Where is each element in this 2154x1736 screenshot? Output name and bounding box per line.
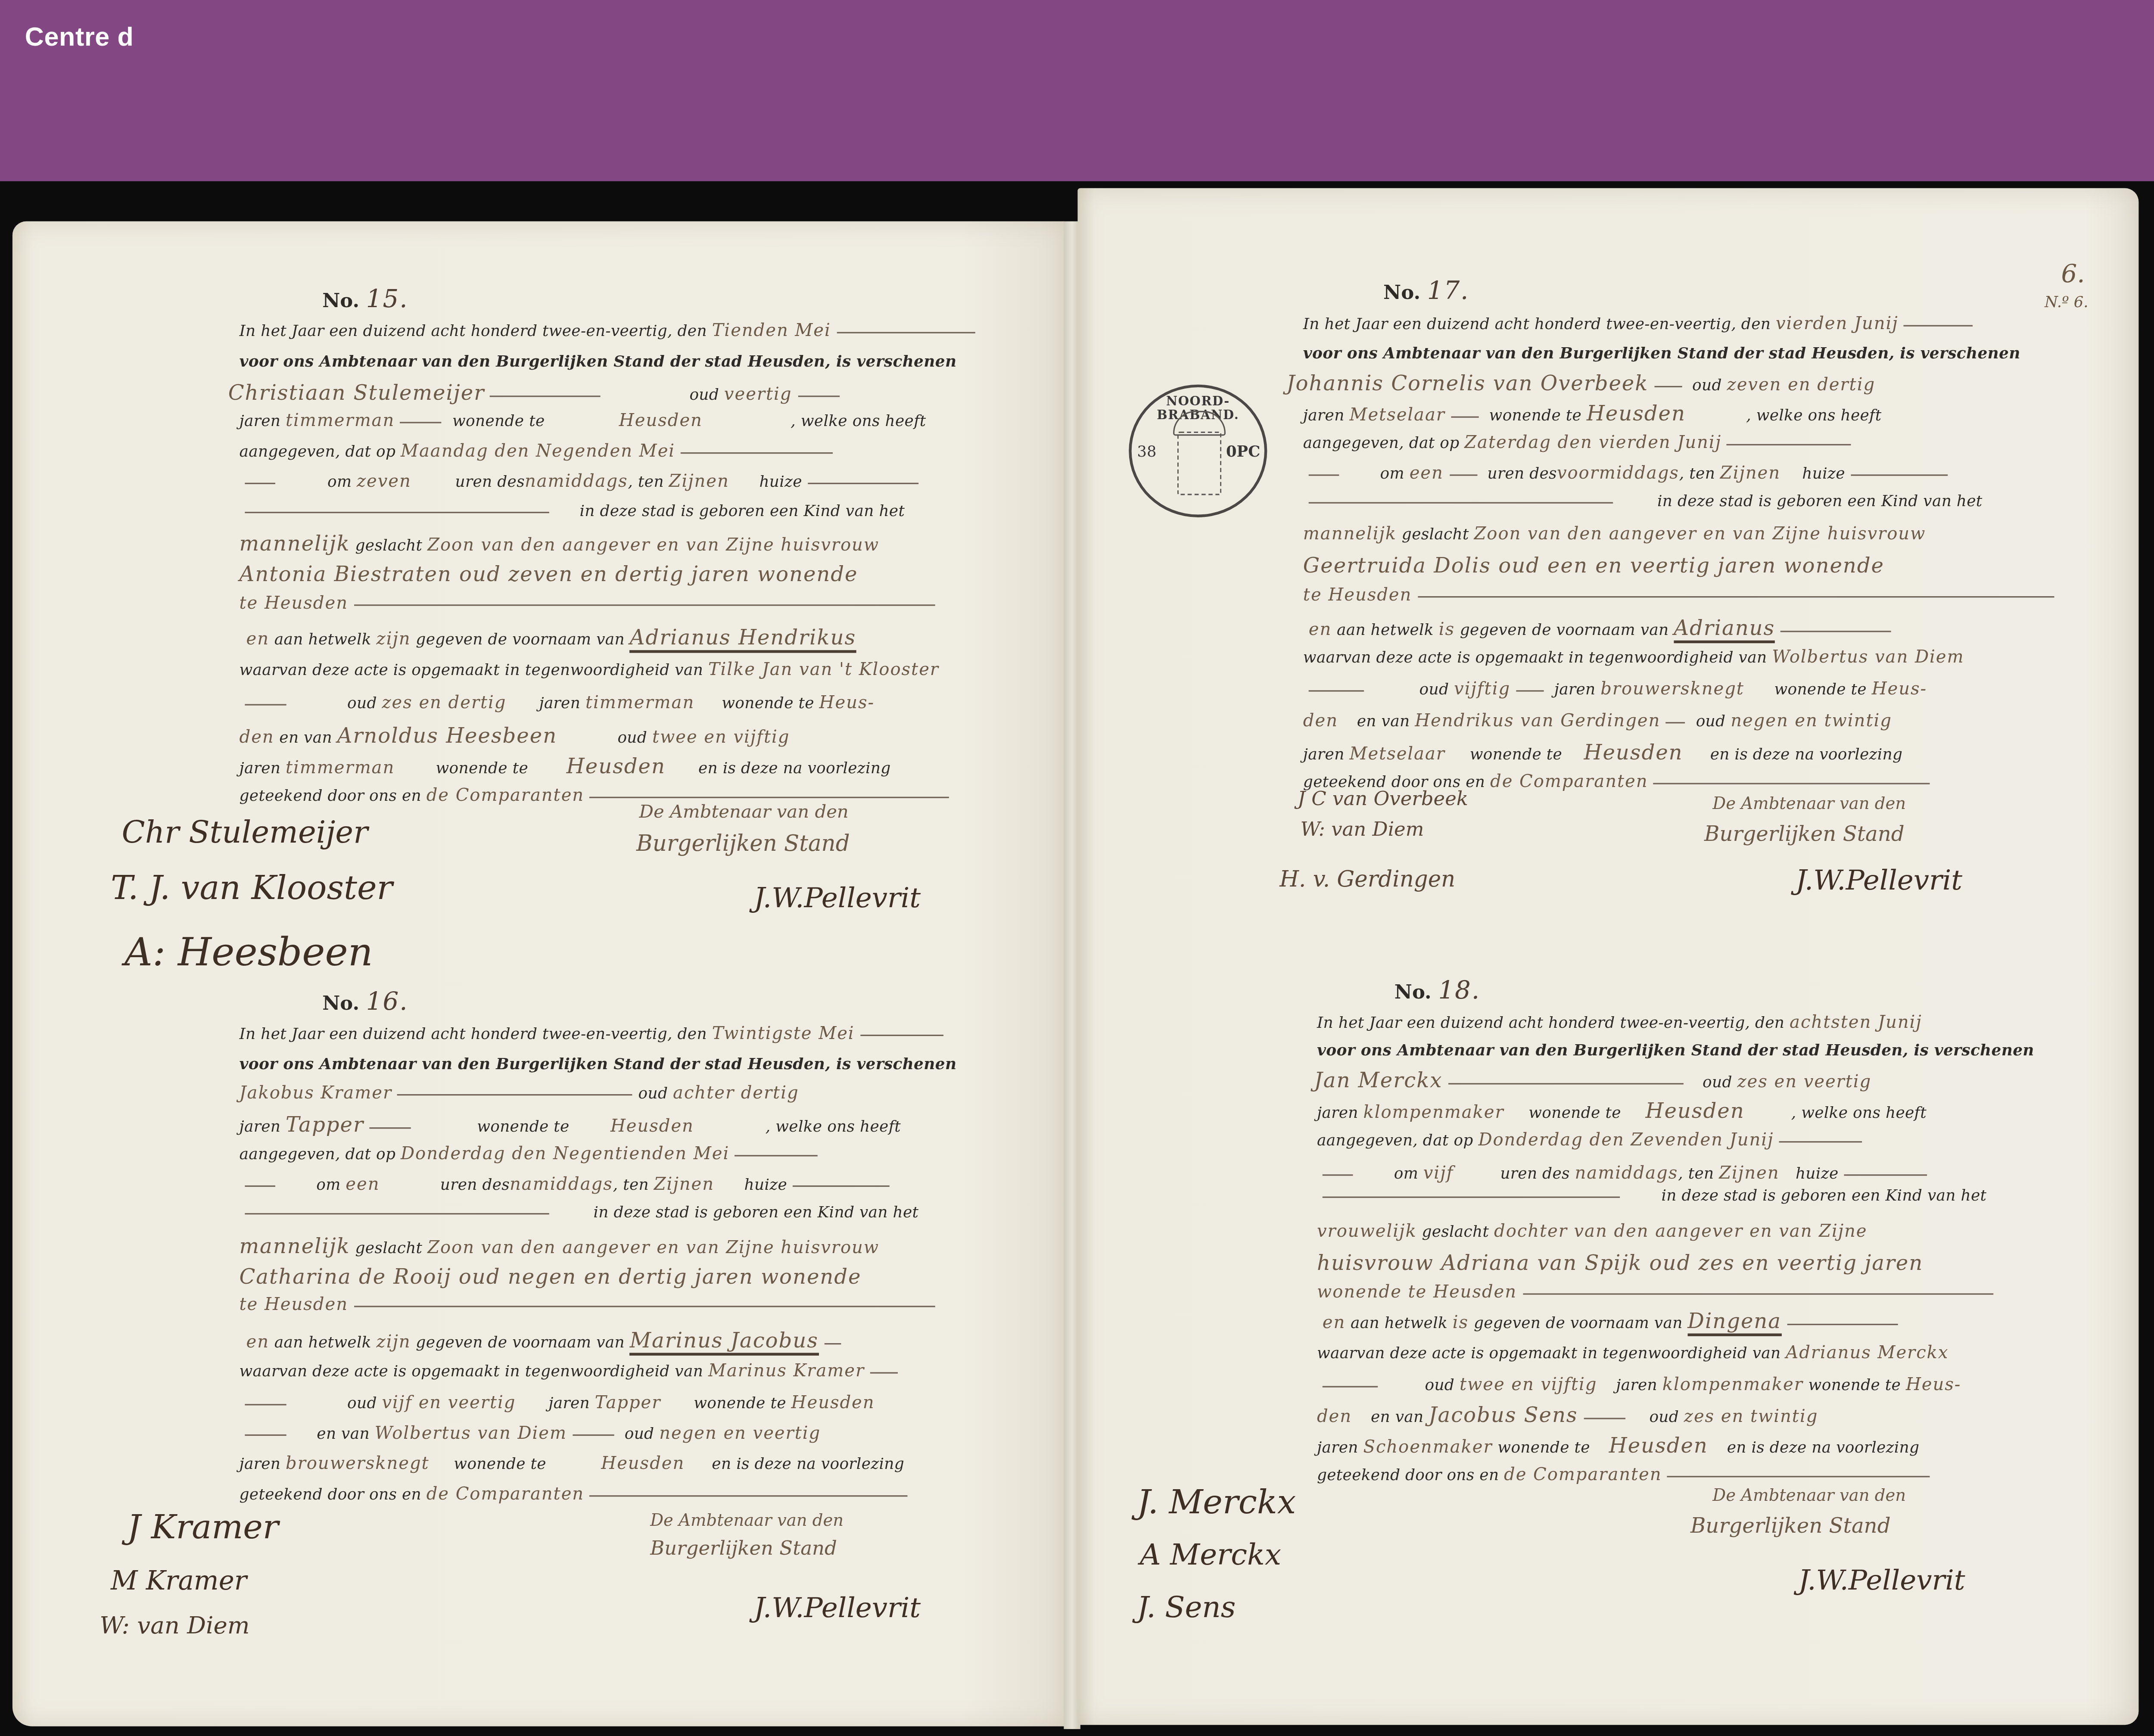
printed-text: oud: [1692, 376, 1722, 394]
handwritten-entry: Heusden: [567, 754, 666, 779]
blank-rule: [1666, 721, 1685, 723]
handwritten-entry: Antonia Biestraten oud zeven en dertig j…: [240, 562, 858, 587]
handwritten-entry: Heusden: [1584, 740, 1683, 765]
printed-text: jaren: [240, 1118, 281, 1136]
printed-text: jaren: [539, 694, 580, 712]
printed-text: om: [1380, 465, 1404, 483]
register-line: den en van Hendrikus van Gerdingen oud n…: [1303, 709, 1892, 730]
signature: T. J. van Klooster: [111, 869, 393, 908]
blank-rule: [1787, 1322, 1898, 1325]
register-line: wonende te Heusden: [1317, 1281, 1998, 1301]
handwritten-entry: timmerman: [585, 692, 694, 712]
printed-text: oud: [638, 1085, 668, 1103]
official-title-2: Burgerlijken Stand: [650, 1538, 837, 1560]
printed-text: wonende te: [1808, 1376, 1901, 1394]
blank-rule: [1654, 385, 1681, 387]
register-line: waarvan deze acte is opgemaakt in tegenw…: [1317, 1342, 1949, 1363]
blank-rule: [870, 1371, 898, 1373]
register-line: den en van Jacobus Sens oud zes en twint…: [1317, 1403, 1818, 1428]
printed-text: uren des: [1500, 1165, 1569, 1183]
register-line: in deze stad is geboren een Kind van het: [1317, 1187, 1986, 1205]
signature: A: Heesbeen: [125, 930, 373, 975]
register-line: aangegeven, dat op Donderdag den Negenti…: [240, 1142, 824, 1163]
blank-rule: [797, 394, 839, 397]
handwritten-entry: de Comparanten: [426, 1483, 584, 1503]
register-line: en aan hetwelk is gegeven de voornaam va…: [1323, 1309, 1903, 1334]
handwritten-entry: Zoon van den aangever en van Zijne huisv…: [427, 1237, 879, 1257]
printed-text: waarvan deze acte is opgemaakt in tegenw…: [240, 661, 703, 679]
register-line: oud twee en vijftig jaren klompenmaker w…: [1317, 1374, 1961, 1394]
handwritten-entry: Heusden: [1646, 1098, 1745, 1123]
handwritten-entry: en: [1323, 1311, 1345, 1332]
printed-text: aan hetwelk: [1337, 621, 1434, 639]
printed-text: , ten: [1679, 465, 1715, 483]
printed-text: wonende te: [1528, 1104, 1621, 1122]
handwritten-entry: zes en veertig: [1737, 1070, 1872, 1091]
printed-text: geteekend door ons en: [1317, 1466, 1499, 1484]
blank-rule: [245, 481, 275, 484]
handwritten-entry: Adrianus Merckx: [1786, 1342, 1949, 1363]
printed-text: wonende te: [1470, 746, 1563, 764]
handwritten-entry: namiddags: [1575, 1162, 1678, 1182]
handwritten-entry: voormiddags: [1557, 462, 1679, 483]
signature: J Kramer: [127, 1508, 278, 1546]
handwritten-entry: Christiaan Stulemeijer: [228, 380, 485, 405]
handwritten-entry: de Comparanten: [426, 784, 584, 805]
act-number-part: 16.: [366, 988, 408, 1017]
register-line: In het Jaar een duizend acht honderd twe…: [240, 1022, 949, 1043]
printed-text: in deze stad is geboren een Kind van het: [594, 1204, 919, 1222]
handwritten-entry: huisvrouw Adriana van Spijk oud zes en v…: [1317, 1251, 1923, 1276]
handwritten-entry: een: [346, 1173, 380, 1194]
handwritten-entry: Zoon van den aangever en van Zijne huisv…: [1474, 523, 1926, 544]
blank-rule: [590, 795, 949, 798]
signature: W: van Diem: [100, 1613, 249, 1640]
register-line: aangegeven, dat op Zaterdag den vierden …: [1303, 432, 1857, 452]
printed-text: jaren: [240, 1455, 281, 1473]
handwritten-entry: Adrianus Hendrikus: [630, 625, 856, 653]
register-line: mannelijk geslacht Zoon van den aangever…: [240, 531, 880, 556]
printed-text: geslacht: [355, 1239, 423, 1257]
act-number-part: No.: [1383, 282, 1420, 304]
printed-text: oud: [1649, 1408, 1679, 1426]
register-line: te Heusden: [240, 1293, 940, 1314]
handwritten-entry: Heusden: [1587, 401, 1686, 426]
register-line: oud vijftig jaren brouwersknegt wonende …: [1303, 678, 1927, 698]
act-number: No. 18.: [1394, 977, 1480, 1005]
tax-stamp: NOORD-BRABAND. 38 0PC: [1129, 385, 1267, 517]
printed-text: oud: [1696, 712, 1726, 731]
printed-text: en is deze na voorlezing: [712, 1455, 904, 1473]
printed-text: en is deze na voorlezing: [1727, 1439, 1920, 1457]
blank-rule: [1904, 324, 1973, 326]
register-line: vrouwelijk geslacht dochter van den aang…: [1317, 1220, 1868, 1241]
register-line: om een uren desnamiddags, ten Zijnen hui…: [240, 1173, 895, 1194]
handwritten-entry: Zijnen: [654, 1173, 714, 1194]
printed-text: uren des: [455, 473, 525, 491]
printed-text: jaren: [1317, 1104, 1358, 1122]
blank-rule: [793, 1184, 890, 1187]
act-number: No. 17.: [1383, 277, 1469, 305]
register-line: oud zes en dertig jaren timmerman wonend…: [240, 692, 875, 712]
lion-shield-icon: [1177, 432, 1222, 495]
register-line: jaren Metselaar wonende te Heusden en is…: [1303, 740, 1903, 765]
official-title-1: De Ambtenaar van den: [1712, 794, 1906, 813]
act-number-part: 15.: [366, 285, 408, 314]
register-line: voor ons Ambtenaar van den Burgerlijken …: [240, 352, 957, 371]
printed-text: oud: [347, 1394, 377, 1412]
act-number-part: No.: [1394, 982, 1432, 1004]
handwritten-entry: zijn: [377, 628, 411, 649]
act-number-part: 17.: [1427, 277, 1469, 305]
handwritten-entry: vierden Junij: [1776, 313, 1899, 333]
signature: J. Sens: [1137, 1591, 1236, 1624]
blank-rule: [1667, 1475, 1930, 1477]
handwritten-entry: vijftig: [1454, 678, 1510, 698]
signature: Chr Stulemeijer: [122, 816, 368, 851]
printed-text: aan hetwelk: [1351, 1314, 1447, 1332]
handwritten-entry: Johannis Cornelis van Overbeek: [1286, 371, 1648, 396]
register-line: in deze stad is geboren een Kind van het: [240, 502, 905, 520]
printed-text: aangegeven, dat op: [1303, 434, 1460, 452]
blank-rule: [1323, 1195, 1620, 1198]
register-line: geteekend door ons en de Comparanten: [240, 1483, 914, 1503]
official-title-1: De Ambtenaar van den: [1712, 1486, 1906, 1505]
register-line: geteekend door ons en de Comparanten: [1317, 1463, 1936, 1484]
printed-text: wonende te: [722, 694, 814, 712]
printed-text: In het Jaar een duizend acht honderd twe…: [1317, 1014, 1784, 1032]
printed-text: aan hetwelk: [274, 631, 371, 649]
handwritten-entry: Marinus Kramer: [708, 1360, 865, 1381]
blank-rule: [1448, 1082, 1683, 1084]
handwritten-entry: Jakobus Kramer: [240, 1082, 392, 1102]
blank-rule: [245, 510, 549, 513]
handwritten-entry: Zijnen: [1719, 1162, 1779, 1182]
blank-rule: [860, 1033, 943, 1036]
register-line: in deze stad is geboren een Kind van het: [240, 1204, 919, 1222]
handwritten-entry: zes en dertig: [382, 692, 506, 712]
printed-text: oud: [347, 694, 377, 712]
handwritten-entry: Dingena: [1687, 1309, 1781, 1336]
handwritten-entry: den: [1317, 1405, 1352, 1426]
register-line: jaren klompenmaker wonende te Heusden , …: [1317, 1098, 1927, 1123]
printed-text: oud: [617, 729, 647, 747]
handwritten-entry: en: [1309, 618, 1332, 639]
official-title-2: Burgerlijken Stand: [1704, 821, 1905, 846]
printed-text: , welke ons heeft: [1746, 407, 1881, 425]
printed-text: , ten: [1678, 1165, 1714, 1183]
signature: J. Merckx: [1137, 1483, 1296, 1521]
handwritten-entry: Twintigste Mei: [712, 1022, 855, 1043]
register-line: Christiaan Stulemeijeroud veertig: [228, 380, 845, 405]
blank-rule: [1844, 1173, 1927, 1176]
printed-text: , welke ons heeft: [766, 1118, 901, 1136]
signature: H. v. Gerdingen: [1279, 866, 1455, 892]
register-line: jaren timmerman wonende te Heusden en is…: [240, 754, 891, 779]
app-header: Centre d: [0, 0, 2154, 181]
blank-rule: [245, 1433, 286, 1436]
blank-rule: [1309, 689, 1364, 691]
handwritten-entry: negen en twintig: [1731, 709, 1892, 730]
printed-text: wonende te: [1774, 681, 1867, 699]
handwritten-entry: achter dertig: [673, 1082, 799, 1102]
blank-rule: [837, 330, 975, 333]
handwritten-entry: Jacobus Sens: [1429, 1403, 1578, 1428]
printed-text: aangegeven, dat op: [1317, 1132, 1473, 1150]
printed-text: gegeven de voornaam van: [1460, 621, 1669, 639]
handwritten-entry: vijf en veertig: [382, 1391, 516, 1412]
handwritten-entry: Arnoldus Heesbeen: [337, 723, 557, 748]
official-signature: J.W.Pellevrit: [754, 881, 921, 914]
printed-text: en van: [279, 729, 332, 747]
handwritten-entry: Zijnen: [1720, 462, 1780, 483]
register-line: om een uren desvoormiddags, ten Zijnen h…: [1303, 462, 1953, 483]
handwritten-entry: wonende te Heusden: [1317, 1281, 1517, 1301]
register-line: in deze stad is geboren een Kind van het: [1303, 492, 1983, 510]
handwritten-entry: Metselaar: [1349, 743, 1445, 763]
printed-text: om: [327, 473, 352, 491]
viewer-stage: Centre d No. 15. In het Jaar een duizend…: [0, 0, 2154, 1736]
blank-rule: [354, 603, 935, 606]
printed-text: in deze stad is geboren een Kind van het: [579, 502, 905, 520]
printed-text: wonende te: [1497, 1439, 1590, 1457]
blank-rule: [573, 1433, 614, 1436]
folio-mark: N.º 6.: [2045, 293, 2088, 311]
register-line: oud vijf en veertig jaren Tapper wonende…: [240, 1391, 875, 1412]
act-number-part: No.: [322, 993, 359, 1015]
act-number-part: 18.: [1438, 977, 1480, 1005]
handwritten-entry: zeven: [357, 470, 411, 491]
handwritten-entry: de Comparanten: [1490, 771, 1648, 791]
printed-text: aangegeven, dat op: [240, 443, 396, 461]
printed-text: waarvan deze acte is opgemaakt in tegenw…: [1317, 1344, 1781, 1363]
blank-rule: [590, 1494, 908, 1496]
printed-text: wonende te: [694, 1394, 786, 1412]
handwritten-entry: klompenmaker: [1662, 1374, 1803, 1394]
register-line: jaren Tapper wonende te Heusden , welke …: [240, 1112, 901, 1137]
handwritten-entry: Schoenmaker: [1363, 1436, 1492, 1456]
handwritten-entry: Donderdag den Negentienden Mei: [401, 1142, 729, 1163]
handwritten-entry: en: [246, 628, 269, 649]
printed-text: wonende te: [1489, 407, 1582, 425]
printed-text: om: [316, 1176, 340, 1194]
handwritten-entry: Heusden: [601, 1453, 685, 1473]
register-line: Antonia Biestraten oud zeven en dertig j…: [240, 562, 858, 587]
handwritten-entry: is: [1439, 618, 1455, 639]
printed-text: en is deze na voorlezing: [1710, 746, 1903, 764]
blank-rule: [824, 1342, 841, 1344]
official-title-1: De Ambtenaar van den: [650, 1511, 844, 1530]
handwritten-entry: een: [1410, 462, 1444, 483]
printed-text: en van: [317, 1425, 370, 1443]
blank-rule: [354, 1304, 935, 1307]
printed-text: jaren: [548, 1394, 590, 1412]
handwritten-entry: Heusden: [1609, 1433, 1708, 1458]
handwritten-entry: brouwersknegt: [286, 1453, 430, 1473]
handwritten-entry: Heusden: [791, 1391, 875, 1412]
handwritten-entry: Wolbertus van Diem: [375, 1422, 567, 1443]
register-line: en aan hetwelk is gegeven de voornaam va…: [1309, 616, 1897, 641]
register-line: Jan Merckxoud zes en veertig: [1314, 1068, 1872, 1093]
handwritten-entry: Wolbertus van Diem: [1772, 646, 1964, 667]
printed-text: wonende te: [454, 1455, 546, 1473]
handwritten-entry: Metselaar: [1349, 404, 1445, 425]
printed-text: gegeven de voornaam van: [416, 1334, 625, 1352]
printed-text: en van: [1371, 1408, 1424, 1426]
register-line: Catharina de Rooij oud negen en dertig j…: [240, 1264, 862, 1289]
handwritten-entry: den: [1303, 709, 1338, 730]
printed-text: geteekend door ons en: [240, 787, 421, 805]
signature: J C van Overbeek: [1298, 788, 1468, 810]
handwritten-entry: Zoon van den aangever en van Zijne huisv…: [427, 534, 879, 554]
act-number: No. 15.: [322, 285, 408, 314]
register-line: te Heusden: [1303, 584, 2059, 604]
handwritten-entry: namiddags: [510, 1173, 613, 1194]
printed-text: huize: [759, 473, 802, 491]
act-number: No. 16.: [322, 988, 408, 1017]
printed-text: In het Jaar een duizend acht honderd twe…: [240, 322, 707, 340]
printed-text: huize: [1802, 465, 1845, 483]
printed-text: geslacht: [1402, 526, 1469, 544]
handwritten-entry: vijf: [1423, 1162, 1454, 1182]
blank-rule: [1449, 473, 1477, 476]
printed-text: geslacht: [1422, 1223, 1489, 1241]
blank-rule: [245, 1184, 275, 1187]
handwritten-entry: Adrianus: [1674, 616, 1775, 643]
blank-rule: [1309, 501, 1613, 503]
printed-text: jaren: [240, 759, 281, 778]
handwritten-entry: mannelijk: [1303, 523, 1397, 544]
printed-text: geteekend door ons en: [240, 1486, 421, 1504]
handwritten-entry: timmerman: [286, 409, 395, 430]
handwritten-entry: twee en vijftig: [652, 726, 790, 747]
blank-rule: [1516, 689, 1544, 691]
handwritten-entry: Donderdag den Zevenden Junij: [1478, 1129, 1774, 1149]
handwritten-entry: te Heusden: [1303, 584, 1412, 604]
handwritten-entry: zes en twintig: [1684, 1405, 1818, 1426]
printed-text: geslacht: [355, 537, 423, 555]
official-signature: J.W.Pellevrit: [1796, 863, 1962, 896]
handwritten-entry: achtsten Junij: [1790, 1011, 1922, 1032]
printed-text: huize: [1796, 1165, 1839, 1183]
handwritten-entry: zeven en dertig: [1727, 373, 1876, 394]
register-line: en van Wolbertus van Diem oud negen en v…: [240, 1422, 821, 1443]
handwritten-entry: Geertruida Dolis oud een en veertig jare…: [1303, 553, 1884, 578]
printed-text: jaren: [1616, 1376, 1657, 1394]
printed-text: jaren: [1303, 407, 1345, 425]
handwritten-entry: mannelijk: [240, 531, 350, 556]
handwritten-entry: mannelijk: [240, 1234, 350, 1259]
handwritten-entry: Hendrikus van Gerdingen: [1415, 709, 1660, 730]
register-line: In het Jaar een duizend acht honderd twe…: [240, 320, 981, 340]
printed-text: gegeven de voornaam van: [1474, 1314, 1683, 1332]
printed-text: oud: [1425, 1376, 1454, 1394]
header-title: Centre d: [25, 24, 134, 54]
printed-text: voor ons Ambtenaar van den Burgerlijken …: [240, 352, 957, 371]
handwritten-entry: den: [240, 726, 274, 747]
register-line: den en van Arnoldus Heesbeen oud twee en…: [240, 723, 790, 748]
handwritten-entry: Tienden Mei: [712, 320, 831, 340]
printed-text: jaren: [1554, 681, 1596, 699]
handwritten-entry: Heus-: [819, 692, 875, 712]
printed-text: jaren: [1303, 746, 1345, 764]
handwritten-entry: te Heusden: [240, 592, 348, 613]
printed-text: jaren: [1317, 1439, 1358, 1457]
printed-text: uren des: [1487, 465, 1556, 483]
blank-rule: [1653, 781, 1930, 784]
handwritten-entry: Heus-: [1906, 1374, 1961, 1394]
printed-text: en is deze na voorlezing: [698, 759, 891, 778]
register-line: te Heusden: [240, 592, 940, 613]
blank-rule: [370, 1126, 411, 1129]
blank-rule: [1417, 595, 2054, 597]
printed-text: voor ons Ambtenaar van den Burgerlijken …: [1303, 343, 2020, 362]
handwritten-entry: te Heusden: [240, 1293, 348, 1314]
printed-text: In het Jaar een duizend acht honderd twe…: [240, 1025, 707, 1043]
handwritten-entry: twee en vijftig: [1460, 1374, 1597, 1394]
register-line: jaren timmerman wonende te Heusden , wel…: [240, 409, 926, 430]
register-line: jaren brouwersknegt wonende te Heusden e…: [240, 1453, 905, 1473]
handwritten-entry: klompenmaker: [1363, 1101, 1504, 1122]
register-line: mannelijk geslacht Zoon van den aangever…: [1303, 523, 1926, 544]
register-line: Geertruida Dolis oud een en veertig jare…: [1303, 553, 1884, 578]
register-line: jaren Schoenmaker wonende te Heusden en …: [1317, 1433, 1919, 1458]
printed-text: waarvan deze acte is opgemaakt in tegenw…: [240, 1363, 703, 1381]
register-line: waarvan deze acte is opgemaakt in tegenw…: [240, 658, 939, 679]
handwritten-entry: Tilke Jan van 't Klooster: [708, 658, 939, 679]
signature: M Kramer: [111, 1566, 247, 1596]
register-line: en aan hetwelk zijn gegeven de voornaam …: [246, 625, 856, 650]
blank-rule: [1779, 1140, 1862, 1142]
register-line: Johannis Cornelis van Overbeek oud zeven…: [1286, 371, 1875, 396]
signature: W: van Diem: [1300, 819, 1424, 841]
blank-rule: [1323, 1173, 1353, 1176]
blank-rule: [681, 451, 833, 454]
handwritten-entry: Maandag den Negenden Mei: [401, 440, 675, 460]
handwritten-entry: Tapper: [595, 1391, 661, 1412]
blank-rule: [1780, 629, 1891, 632]
blank-rule: [1323, 1384, 1378, 1387]
printed-text: om: [1394, 1165, 1418, 1183]
printed-text: , welke ons heeft: [1791, 1104, 1927, 1122]
register-line: aangegeven, dat op Donderdag den Zevende…: [1317, 1129, 1868, 1149]
printed-text: in deze stad is geboren een Kind van het: [1657, 492, 1983, 510]
handwritten-entry: Tapper: [286, 1112, 364, 1137]
handwritten-entry: zijn: [377, 1331, 411, 1351]
handwritten-entry: Heusden: [619, 409, 703, 430]
blank-rule: [1522, 1292, 1993, 1294]
printed-text: aan hetwelk: [274, 1334, 371, 1352]
printed-text: aangegeven, dat op: [240, 1145, 396, 1164]
handwritten-entry: brouwersknegt: [1600, 678, 1744, 698]
register-line: om zeven uren desnamiddags, ten Zijnen h…: [240, 470, 924, 491]
printed-text: wonende te: [452, 412, 545, 430]
register-line: mannelijk geslacht Zoon van den aangever…: [240, 1234, 880, 1259]
blank-rule: [1851, 473, 1948, 476]
register-line: In het Jaar een duizend acht honderd twe…: [1317, 1011, 1922, 1032]
printed-text: jaren: [240, 412, 281, 430]
register-line: voor ons Ambtenaar van den Burgerlijken …: [1303, 343, 2020, 362]
printed-text: voor ons Ambtenaar van den Burgerlijken …: [240, 1054, 957, 1073]
official-signature: J.W.Pellevrit: [754, 1591, 921, 1624]
printed-text: In het Jaar een duizend acht honderd twe…: [1303, 315, 1771, 333]
handwritten-entry: negen en veertig: [659, 1422, 821, 1443]
printed-text: , ten: [613, 1176, 649, 1194]
blank-rule: [1727, 443, 1852, 445]
register-line: In het Jaar een duizend acht honderd twe…: [1303, 313, 1979, 333]
handwritten-entry: is: [1453, 1311, 1469, 1332]
printed-text: uren des: [440, 1176, 510, 1194]
